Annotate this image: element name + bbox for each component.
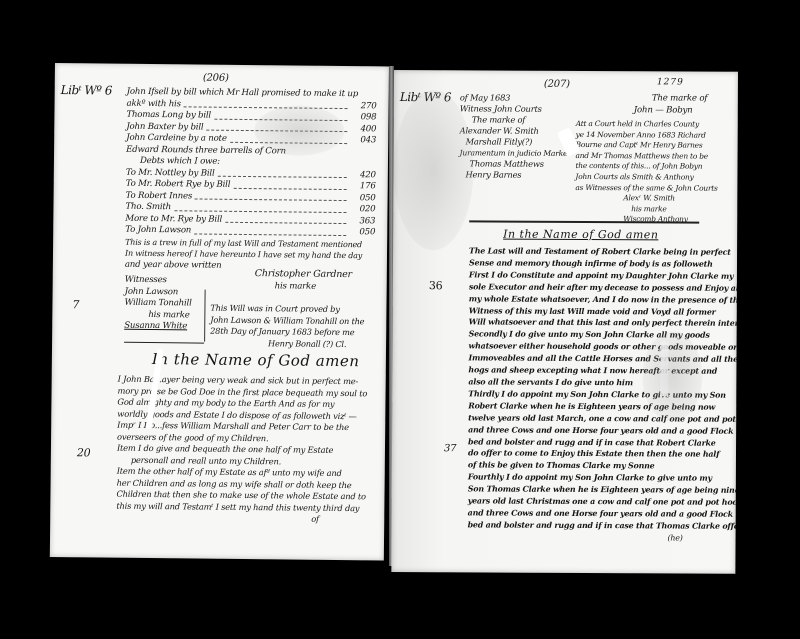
court-line: Wiscomb Anthony — [575, 214, 717, 225]
right-page: (207) 1279 Libᵗ Wº 6 of May 1683 Witness… — [391, 70, 738, 574]
testator-signature: Christopher Gardner — [255, 268, 352, 281]
will-line: and three Cows and one Horse four years … — [468, 424, 738, 437]
will-line: sole Executor and heir after my decease … — [469, 281, 738, 294]
witnesses-label: Witnesses — [125, 275, 192, 287]
smudge — [642, 331, 702, 421]
court-line: Att a Court held in Charles County — [576, 119, 718, 130]
court-line: his marke — [575, 204, 717, 215]
left-page: (206) Libᵗ Wº 6 John Ifsell by bill whic… — [50, 63, 389, 560]
margin-number: 7 — [72, 299, 79, 311]
mark-label: The marke of — [634, 93, 708, 105]
mark-name: John — Bobyn — [634, 105, 708, 117]
court-line: Bourne and Captᵗ Mr Henry Barnes — [576, 140, 718, 151]
court-note: Att a Court held in Charles County ye 14… — [575, 119, 718, 226]
witness-line: The marke of — [460, 114, 568, 126]
witness-line: Henry Barnes — [459, 169, 567, 181]
folio-number: 1279 — [657, 77, 684, 89]
witnesses-block: Witnesses John Lawson William Tonahill h… — [124, 275, 192, 333]
witness-name: William Tonahill — [124, 298, 191, 310]
will-line: bed and bolster and rugg and if in case … — [468, 519, 738, 532]
divider — [124, 342, 204, 344]
will-line: twelve years old last March, one a cow a… — [468, 412, 738, 425]
smudge — [393, 90, 474, 250]
witness-mark: his marke — [124, 309, 191, 321]
witness-line: Witness John Courts — [460, 103, 568, 115]
court-line: ye 14 November Anno 1683 Richard — [576, 130, 718, 141]
witness-line: Juramentum in judicio Marke — [460, 147, 568, 159]
margin-number: 20 — [77, 447, 91, 459]
margin-number: 37 — [444, 443, 456, 455]
witness-line: Thomas Matthews — [459, 158, 567, 170]
will-heading: In the Name of God amen — [152, 354, 360, 368]
witness-name: John Lawson — [125, 286, 192, 298]
witness-name: Susanna White — [124, 321, 191, 333]
witness-line: Alexander W. Smith — [460, 125, 568, 137]
accounts-list: John Ifsell by bill which Mr Hall promis… — [125, 87, 377, 274]
court-line: the contents of this... of John Bobyn — [575, 161, 717, 172]
testator-mark: his marke — [275, 281, 316, 293]
page-number: (207) — [544, 79, 570, 91]
divider — [204, 290, 206, 342]
witness-line: Marshall Fitly(?) — [460, 136, 568, 148]
witness-block: of May 1683 Witness John Courts The mark… — [459, 92, 567, 181]
margin-number: 36 — [429, 280, 443, 292]
court-line: as Witnesses of the same & John Courts — [575, 183, 717, 194]
will-heading: In the Name of God amen — [503, 229, 658, 241]
catchword: (he) — [468, 531, 738, 544]
court-line: Alexʳ W. Smith — [575, 193, 717, 204]
probate-line: This Will was in Court proved by — [210, 303, 364, 316]
probate-note: This Will was in Court proved by John La… — [210, 303, 365, 351]
probate-signature: Henry Bonall (?) Cl. — [210, 337, 364, 350]
probate-line: 28th Day of January 1683 before me — [210, 326, 364, 339]
liber-reference: Libᵗ Wº 6 — [61, 85, 112, 97]
smudge — [254, 105, 345, 156]
court-line: and Mr Thomas Matthews then to be — [576, 151, 718, 162]
testator-mark-block: The marke of John — Bobyn — [634, 93, 708, 116]
page-number: (206) — [203, 73, 229, 85]
court-line: John Courts als Smith & Anthony — [575, 172, 717, 183]
will-line: my whole Estate whatsoever, And I do now… — [469, 293, 738, 306]
witness-line: of May 1683 — [460, 92, 568, 104]
